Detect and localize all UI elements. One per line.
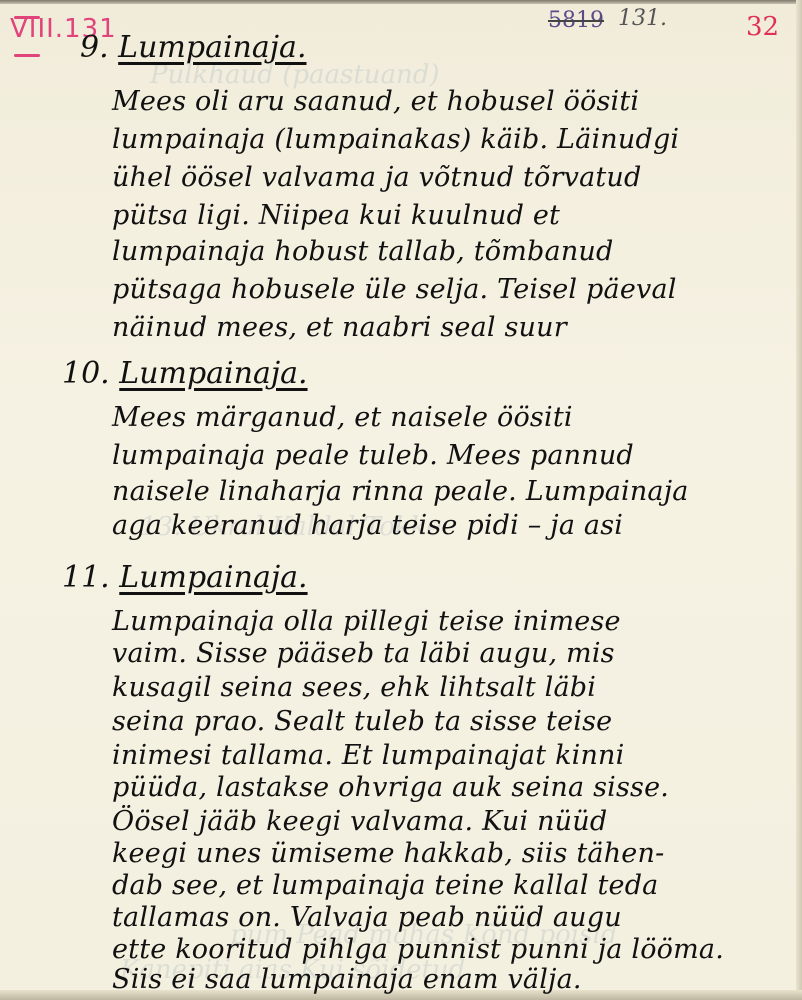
- text-line: inimesi tallama. Et lumpainajat kinni: [112, 740, 624, 771]
- stamp-number-new: 131.: [618, 6, 667, 31]
- text-line: ühel öösel valvama ja võtnud tõrvatud: [112, 162, 642, 193]
- entry-title: Lumpainaja.: [118, 30, 306, 65]
- entry-title: Lumpainaja.: [119, 356, 307, 391]
- text-line: kusagil seina sees, ehk lihtsalt läbi: [112, 672, 596, 703]
- text-line: keegi unes ümiseme hakkab, siis tähen-: [112, 838, 664, 869]
- text-line: ette kooritud pihlga punnist punni ja lö…: [112, 934, 724, 965]
- text-line: lumpainaja (lumpainakas) käib. Läinudgi: [112, 124, 679, 155]
- text-line: vaim. Sisse pääseb ta läbi augu, mis: [112, 638, 615, 669]
- text-line: naisele linaharja rinna peale. Lumpainaj…: [112, 476, 689, 507]
- text-line: pütsa ligi. Niipea kui kuulnud et: [112, 200, 560, 231]
- text-line: pütsaga hobusele üle selja. Teisel päeva…: [112, 274, 677, 305]
- entry-number: 9.: [80, 30, 109, 65]
- paper-right-edge: [796, 0, 802, 1000]
- manuscript-page: Pulkhaud (paastuand) 13. Ukral Kaldal To…: [0, 0, 802, 1000]
- mark-underline: [14, 54, 40, 57]
- paper-top-edge: [0, 0, 802, 4]
- text-line: aga keeranud harja teise pidi – ja asi: [112, 510, 623, 541]
- text-line: lumpainaja peale tuleb. Mees pannud: [112, 440, 634, 471]
- entry-heading-9: 9. Lumpainaja.: [80, 30, 306, 65]
- text-line: Lumpainaja olla pillegi teise inimese: [112, 606, 621, 637]
- text-line: Siis ei saa lumpainaja enam välja.: [112, 964, 582, 995]
- text-line: Öösel jääb keegi valvama. Kui nüüd: [112, 806, 607, 837]
- mark-overline: [14, 16, 40, 19]
- text-line: tallamas on. Valvaja peab nüüd augu: [112, 902, 622, 933]
- stamp-number-crossed: 5819: [548, 8, 604, 33]
- text-line: lumpainaja hobust tallab, tõmbanud: [112, 236, 614, 267]
- text-line: püüda, lastakse ohvriga auk seina sisse.: [112, 772, 669, 803]
- text-line: näinud mees, et naabri seal suur: [112, 312, 567, 343]
- text-line: Mees märganud, et naisele öösiti: [112, 402, 573, 433]
- entry-heading-11: 11. Lumpainaja.: [62, 560, 308, 595]
- entry-heading-10: 10. Lumpainaja.: [62, 356, 308, 391]
- page-number: 32: [746, 12, 779, 42]
- text-line: Mees oli aru saanud, et hobusel öösiti: [112, 86, 639, 117]
- text-line: dab see, et lumpainaja teine kallal teda: [112, 870, 658, 901]
- text-line: seina prao. Sealt tuleb ta sisse teise: [112, 706, 612, 737]
- entry-number: 10.: [62, 356, 110, 391]
- entry-title: Lumpainaja.: [119, 560, 307, 595]
- entry-number: 11.: [62, 560, 110, 595]
